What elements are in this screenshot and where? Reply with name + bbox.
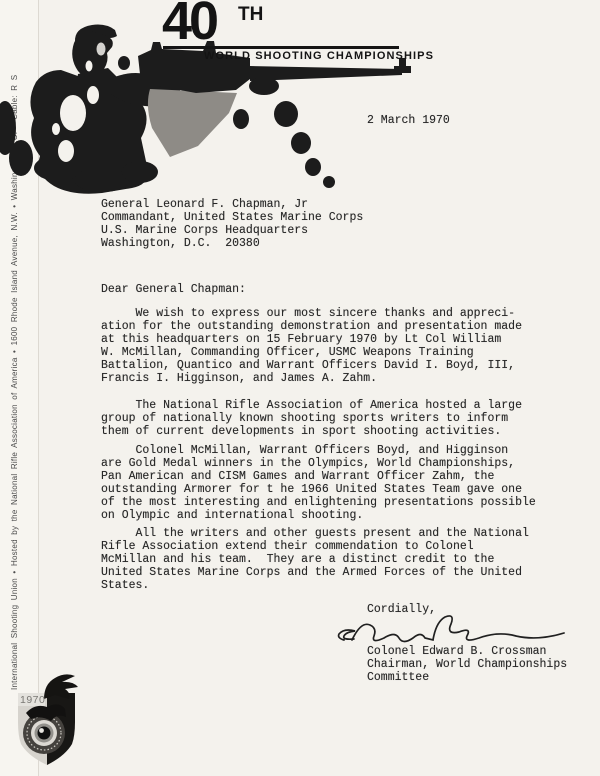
date-line: 2 March 1970 — [367, 114, 450, 127]
letterhead-logo: 40 TH WORLD SHOOTING CHAMPIONSHIPS — [162, 0, 462, 70]
recipient-address: General Leonard F. Chapman, Jr Commandan… — [101, 198, 363, 250]
body-paragraph-4: All the writers and other guests present… — [101, 527, 529, 592]
ordinal-suffix: TH — [238, 5, 263, 24]
emblem-bullseye — [38, 727, 51, 740]
body-paragraph-1: We wish to express our most sincere than… — [101, 307, 522, 385]
letterhead-rule — [163, 46, 399, 49]
letterhead-title: WORLD SHOOTING CHAMPIONSHIPS — [204, 50, 434, 62]
letter-page: International Shooting Union • Hosted by… — [0, 0, 600, 776]
signer-block: Colonel Edward B. Crossman Chairman, Wor… — [367, 645, 567, 684]
body-paragraph-2: The National Rifle Association of Americ… — [101, 399, 522, 438]
body-paragraph-3: Colonel McMillan, Warrant Officers Boyd,… — [101, 444, 536, 522]
salutation: Dear General Chapman: — [101, 283, 246, 296]
ordinal-number: 40 — [162, 0, 216, 48]
emblem-year: 1970 — [20, 694, 45, 706]
championship-emblem: 1970 — [14, 672, 86, 772]
